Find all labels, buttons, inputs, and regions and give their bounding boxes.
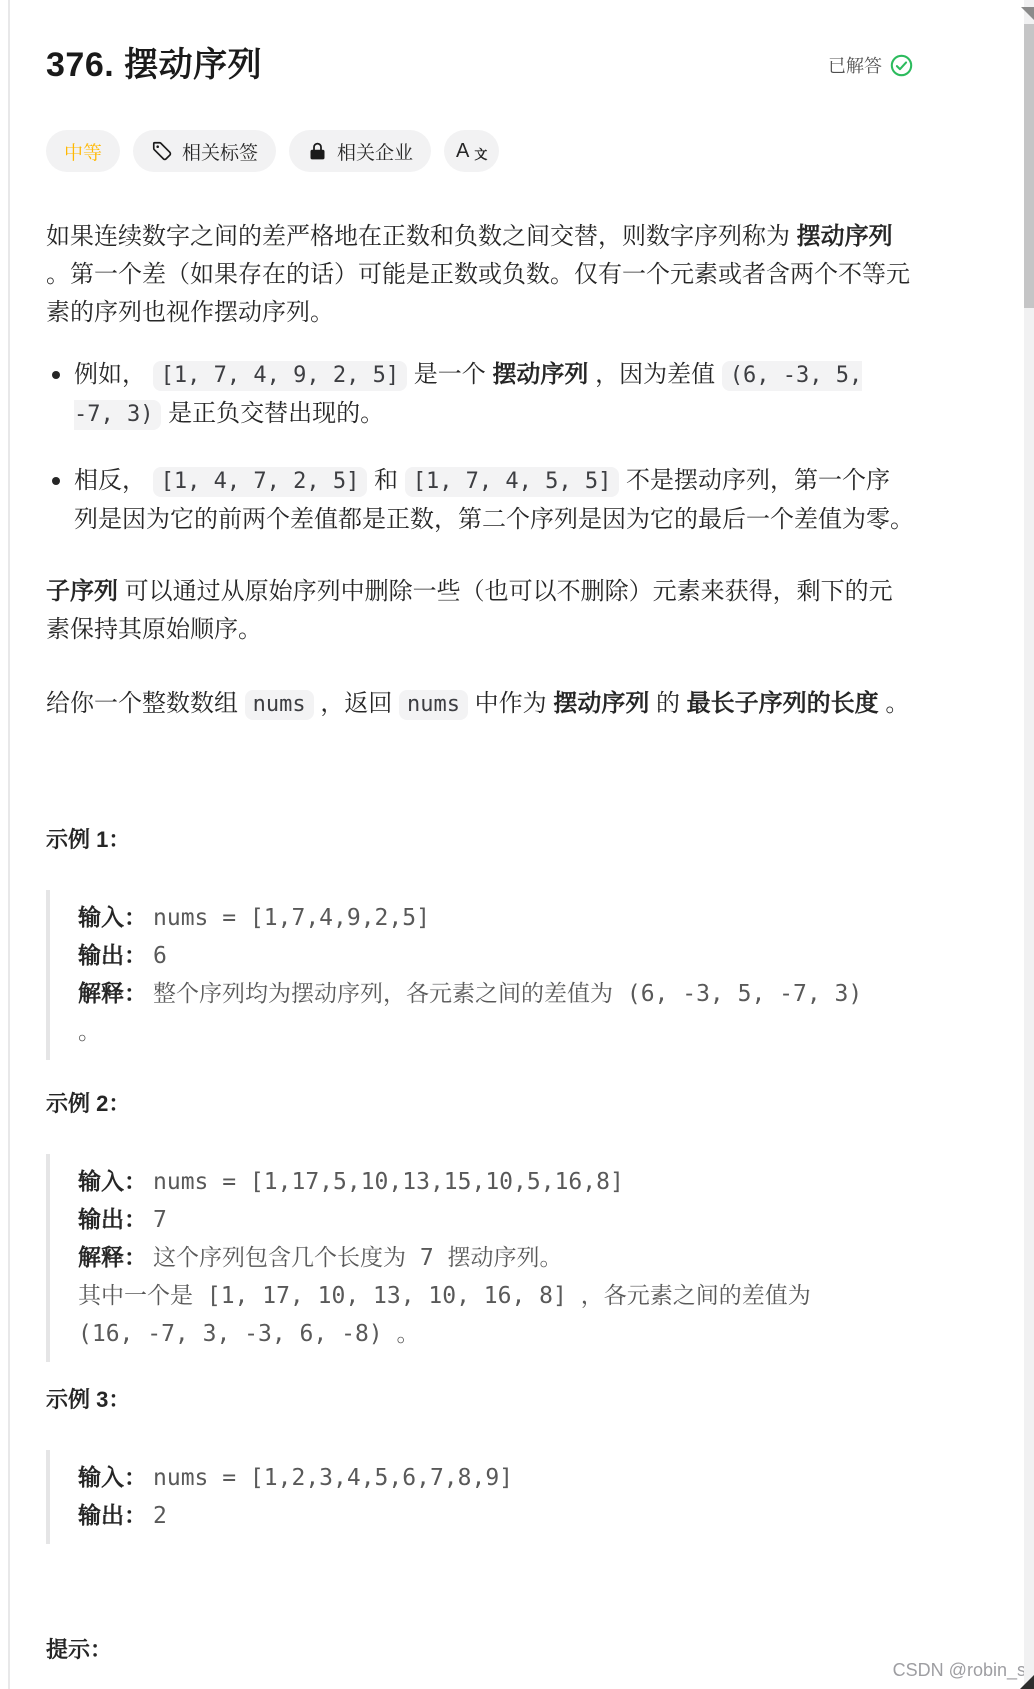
solved-check-icon bbox=[889, 53, 914, 78]
description-paragraph-2: 子序列 可以通过从原始序列中删除一些（也可以不删除）元素来获得，剩下的元素保持其… bbox=[46, 573, 914, 649]
translate-icon: A bbox=[456, 140, 469, 163]
example-1-heading: 示例 1： bbox=[46, 826, 914, 854]
explanation-label: 解释： bbox=[78, 1244, 147, 1270]
input-value: nums = [1,2,3,4,5,6,7,8,9] bbox=[153, 1465, 513, 1491]
scroll-up-arrow-icon[interactable] bbox=[1021, 7, 1034, 20]
title-row: 376. 摆动序列 已解答 bbox=[46, 44, 914, 86]
text-segment: 给你一个整数数组 bbox=[46, 690, 245, 717]
solved-status: 已解答 bbox=[828, 52, 914, 78]
description-paragraph-3: 给你一个整数数组 nums ，返回 nums 中作为 摆动序列 的 最长子序列的… bbox=[46, 685, 914, 724]
badge-row: 中等 相关标签 相关企业 A 文 bbox=[46, 130, 914, 172]
related-companies-badge[interactable]: 相关企业 bbox=[289, 130, 431, 172]
difficulty-badge[interactable]: 中等 bbox=[46, 130, 120, 172]
text-segment: 相反， bbox=[74, 467, 153, 494]
text-segment: 例如， bbox=[74, 361, 153, 388]
example-2-block: 输入：nums = [1,17,5,10,13,15,10,5,16,8] 输出… bbox=[46, 1154, 914, 1362]
lock-icon bbox=[307, 141, 328, 162]
example-1-explanation-cont: 。 bbox=[78, 1013, 914, 1051]
output-value: 2 bbox=[153, 1503, 167, 1529]
example-1-explanation: 解释：整个序列均为摆动序列，各元素之间的差值为 (6, -3, 5, -7, 3… bbox=[78, 975, 914, 1013]
csdn-watermark: CSDN @robin_suli bbox=[893, 1660, 1034, 1681]
inline-code: [1, 7, 4, 5, 5] bbox=[405, 467, 620, 497]
page-title: 376. 摆动序列 bbox=[46, 44, 262, 86]
example-3-heading: 示例 3： bbox=[46, 1386, 914, 1414]
example-2-explanation-cont1: 其中一个是 [1, 17, 10, 13, 10, 16, 8] ，各元素之间的… bbox=[78, 1277, 914, 1315]
inline-code: [1, 7, 4, 9, 2, 5] bbox=[153, 361, 407, 391]
output-label: 输出： bbox=[78, 1502, 147, 1528]
output-value: 6 bbox=[153, 943, 167, 969]
bold-term: 最长子序列的长度 bbox=[687, 690, 879, 717]
input-label: 输入： bbox=[78, 1464, 147, 1490]
text-segment: 。第一个差（如果存在的话）可能是正数或负数。仅有一个元素或者含两个不等元素的序列… bbox=[46, 261, 910, 326]
translate-icon-cjk: 文 bbox=[474, 144, 487, 163]
example-1-output: 输出：6 bbox=[78, 937, 914, 975]
description-paragraph-1: 如果连续数字之间的差严格地在正数和负数之间交替，则数字序列称为 摆动序列 。第一… bbox=[46, 218, 914, 332]
example-3-block: 输入：nums = [1,2,3,4,5,6,7,8,9] 输出：2 bbox=[46, 1450, 914, 1544]
vertical-scrollbar[interactable] bbox=[1024, 0, 1034, 1689]
example-2-input: 输入：nums = [1,17,5,10,13,15,10,5,16,8] bbox=[78, 1163, 914, 1201]
text-segment: 和 bbox=[367, 467, 404, 494]
explanation-value: 其中一个是 [1, 17, 10, 13, 10, 16, 8] ，各元素之间的… bbox=[78, 1283, 811, 1309]
related-companies-label: 相关企业 bbox=[337, 138, 413, 165]
text-segment: 是正负交替出现的。 bbox=[161, 400, 384, 427]
related-tags-label: 相关标签 bbox=[182, 138, 258, 165]
explanation-value: 。 bbox=[78, 1019, 101, 1045]
text-segment: 中作为 bbox=[468, 690, 553, 717]
bold-term: 摆动序列 bbox=[553, 690, 649, 717]
output-label: 输出： bbox=[78, 942, 147, 968]
bullet-example-wiggle: 例如， [1, 7, 4, 9, 2, 5] 是一个 摆动序列 ，因为差值 (6… bbox=[46, 356, 914, 434]
explanation-value: 整个序列均为摆动序列，各元素之间的差值为 (6, -3, 5, -7, 3) bbox=[153, 981, 862, 1007]
input-label: 输入： bbox=[78, 904, 147, 930]
description-bullet-list: 例如， [1, 7, 4, 9, 2, 5] 是一个 摆动序列 ，因为差值 (6… bbox=[46, 356, 914, 539]
scrollbar-thumb[interactable] bbox=[1024, 24, 1034, 308]
text-segment: 是一个 bbox=[407, 361, 492, 388]
example-2-explanation-cont2: (16, -7, 3, -3, 6, -8) 。 bbox=[78, 1315, 914, 1353]
explanation-value: (16, -7, 3, -3, 6, -8) 。 bbox=[78, 1321, 420, 1347]
hints-heading: 提示： bbox=[46, 1636, 914, 1664]
text-segment: 的 bbox=[649, 690, 686, 717]
example-2-heading: 示例 2： bbox=[46, 1090, 914, 1118]
example-3-output: 输出：2 bbox=[78, 1497, 914, 1535]
problem-description-panel: 376. 摆动序列 已解答 中等 相关标签 相关企业 A 文 bbox=[46, 0, 914, 1664]
example-1-input: 输入：nums = [1,7,4,9,2,5] bbox=[78, 899, 914, 937]
text-segment: 如果连续数字之间的差严格地在正数和负数之间交替，则数字序列称为 bbox=[46, 223, 797, 250]
example-1-block: 输入：nums = [1,7,4,9,2,5] 输出：6 解释：整个序列均为摆动… bbox=[46, 890, 914, 1060]
explanation-value: 这个序列包含几个长度为 7 摆动序列。 bbox=[153, 1245, 563, 1271]
example-2-output: 输出：7 bbox=[78, 1201, 914, 1239]
bold-term: 摆动序列 bbox=[492, 361, 588, 388]
example-3-input: 输入：nums = [1,2,3,4,5,6,7,8,9] bbox=[78, 1459, 914, 1497]
text-segment: ，返回 bbox=[314, 690, 399, 717]
input-value: nums = [1,17,5,10,13,15,10,5,16,8] bbox=[153, 1169, 624, 1195]
input-label: 输入： bbox=[78, 1168, 147, 1194]
text-segment: 。 bbox=[879, 690, 910, 717]
tag-icon bbox=[151, 140, 173, 162]
text-segment: ，因为差值 bbox=[588, 361, 721, 388]
panel-left-divider bbox=[8, 0, 10, 1689]
bold-term: 摆动序列 bbox=[797, 223, 893, 250]
inline-code: [1, 4, 7, 2, 5] bbox=[153, 467, 368, 497]
bullet-counter-example: 相反， [1, 4, 7, 2, 5] 和 [1, 7, 4, 5, 5] 不是… bbox=[46, 462, 914, 539]
inline-code: nums bbox=[399, 690, 468, 720]
explanation-label: 解释： bbox=[78, 980, 147, 1006]
inline-code: nums bbox=[245, 690, 314, 720]
translate-badge[interactable]: A 文 bbox=[444, 130, 499, 172]
output-value: 7 bbox=[153, 1207, 167, 1233]
bold-term: 子序列 bbox=[46, 578, 118, 605]
bottom-corner-triangle-icon bbox=[1020, 1675, 1034, 1689]
solved-label: 已解答 bbox=[828, 52, 882, 78]
example-2-explanation: 解释：这个序列包含几个长度为 7 摆动序列。 bbox=[78, 1239, 914, 1277]
input-value: nums = [1,7,4,9,2,5] bbox=[153, 905, 430, 931]
output-label: 输出： bbox=[78, 1206, 147, 1232]
text-segment: 可以通过从原始序列中删除一些（也可以不删除）元素来获得，剩下的元素保持其原始顺序… bbox=[46, 578, 893, 643]
leetcode-problem-page: { "header": { "title": "376. 摆动序列", "sol… bbox=[0, 0, 1034, 1689]
related-tags-badge[interactable]: 相关标签 bbox=[133, 130, 276, 172]
